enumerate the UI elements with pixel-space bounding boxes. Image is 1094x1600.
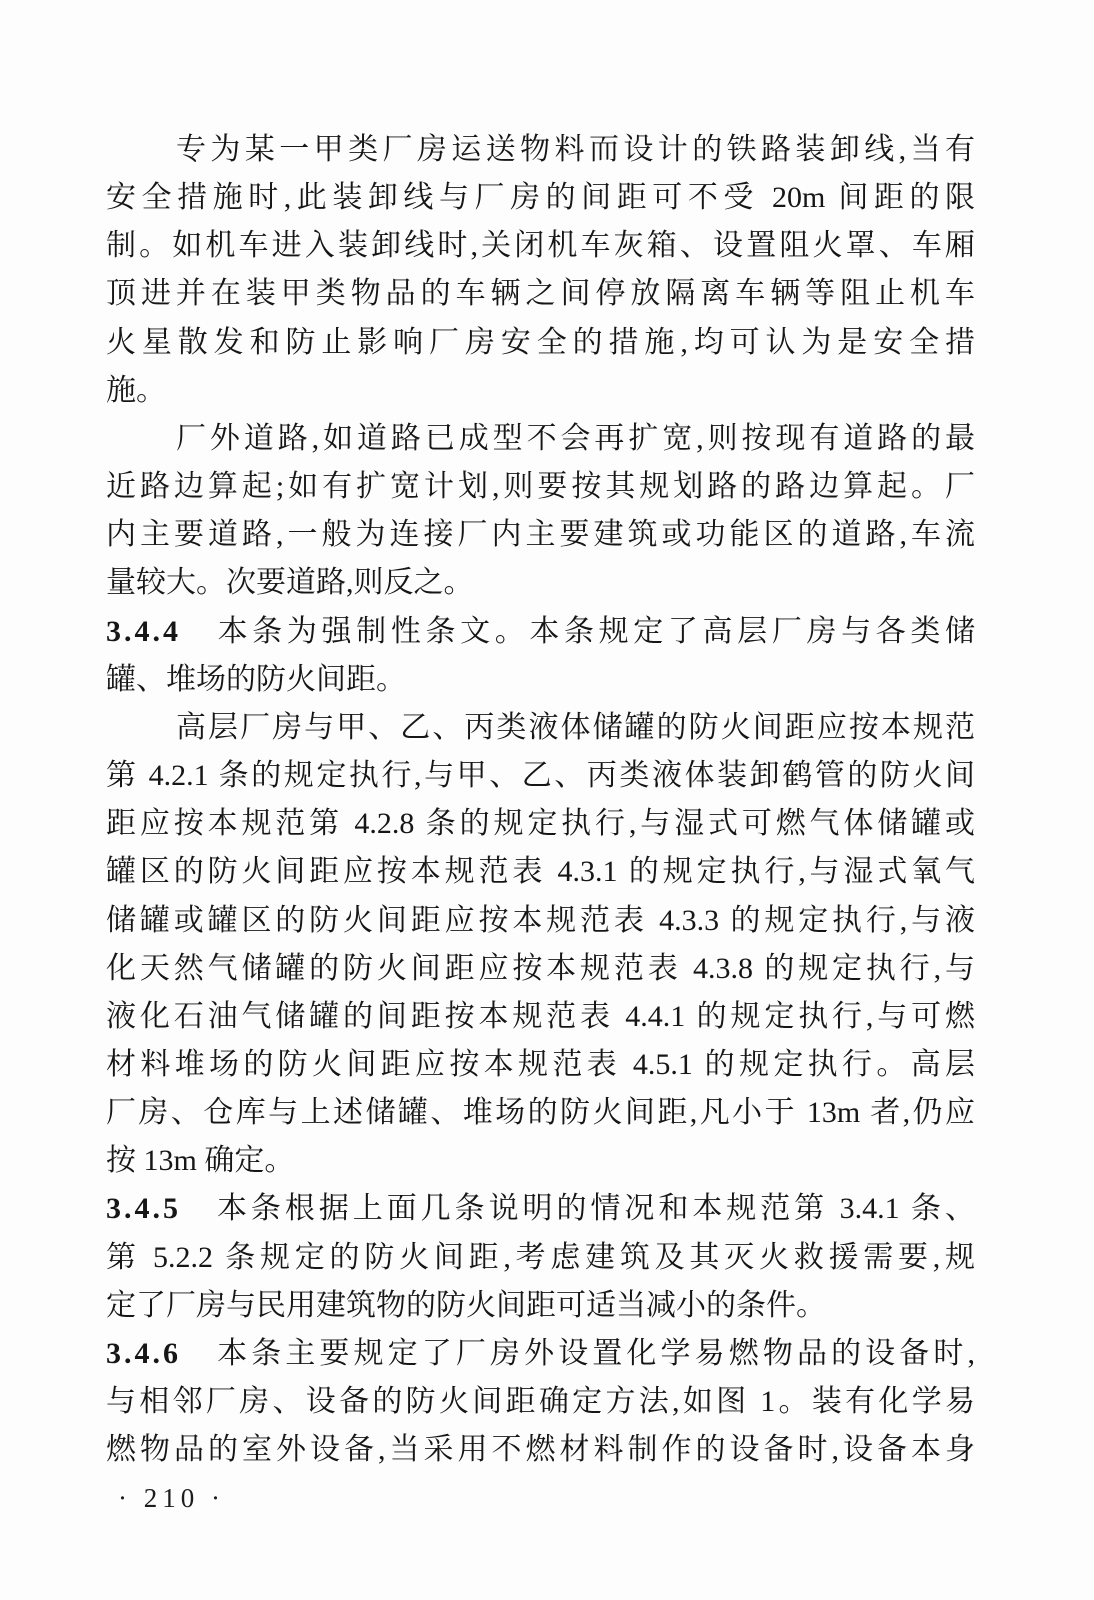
- text-line: 定了厂房与民用建筑物的防火间距可适当减小的条件。: [106, 1282, 975, 1330]
- text-line: 顶进并在装甲类物品的车辆之间停放隔离车辆等阻止机车: [106, 270, 975, 318]
- text-line: 施。: [106, 367, 975, 415]
- section-line: 3.4.6本条主要规定了厂房外设置化学易燃物品的设备时,: [106, 1330, 975, 1378]
- text-line: 第 5.2.2 条规定的防火间距,考虑建筑及其灭火救援需要,规: [106, 1234, 975, 1282]
- text-line: 燃物品的室外设备,当采用不燃材料制作的设备时,设备本身: [106, 1426, 975, 1474]
- text-line: 厂外道路,如道路已成型不会再扩宽,则按现有道路的最: [106, 415, 975, 463]
- text-line: 材料堆场的防火间距应按本规范表 4.5.1 的规定执行。高层: [106, 1041, 975, 1089]
- text-line: 液化石油气储罐的间距按本规范表 4.4.1 的规定执行,与可燃: [106, 993, 975, 1041]
- text-line: 专为某一甲类厂房运送物料而设计的铁路装卸线,当有: [106, 126, 975, 174]
- body-text: 专为某一甲类厂房运送物料而设计的铁路装卸线,当有安全措施时,此装卸线与厂房的间距…: [106, 126, 975, 1474]
- section-line: 3.4.5本条根据上面几条说明的情况和本规范第 3.4.1 条、: [106, 1185, 975, 1233]
- text-line: 量较大。次要道路,则反之。: [106, 559, 975, 607]
- text-line: 第 4.2.1 条的规定执行,与甲、乙、丙类液体装卸鹤管的防火间: [106, 752, 975, 800]
- section-number: 3.4.6: [106, 1337, 181, 1370]
- text-line: 罐、堆场的防火间距。: [106, 656, 975, 704]
- text-line: 火星散发和防止影响厂房安全的措施,均可认为是安全措: [106, 319, 975, 367]
- text-line: 距应按本规范第 4.2.8 条的规定执行,与湿式可燃气体储罐或: [106, 800, 975, 848]
- text-line: 近路边算起;如有扩宽计划,则要按其规划路的路边算起。厂: [106, 463, 975, 511]
- text-line: 安全措施时,此装卸线与厂房的间距可不受 20m 间距的限: [106, 174, 975, 222]
- document-page: 专为某一甲类厂房运送物料而设计的铁路装卸线,当有安全措施时,此装卸线与厂房的间距…: [0, 0, 1094, 1600]
- text-line: 储罐或罐区的防火间距应按本规范表 4.3.3 的规定执行,与液: [106, 897, 975, 945]
- section-line: 3.4.4本条为强制性条文。本条规定了高层厂房与各类储: [106, 608, 975, 656]
- section-number: 3.4.5: [106, 1192, 181, 1225]
- page-number: · 210 ·: [118, 1482, 225, 1514]
- text-line: 厂房、仓库与上述储罐、堆场的防火间距,凡小于 13m 者,仍应: [106, 1089, 975, 1137]
- text-line: 内主要道路,一般为连接厂内主要建筑或功能区的道路,车流: [106, 511, 975, 559]
- text-line: 化天然气储罐的防火间距应按本规范表 4.3.8 的规定执行,与: [106, 945, 975, 993]
- text-line: 罐区的防火间距应按本规范表 4.3.1 的规定执行,与湿式氧气: [106, 848, 975, 896]
- section-number: 3.4.4: [106, 615, 181, 648]
- text-line: 按 13m 确定。: [106, 1137, 975, 1185]
- text-line: 制。如机车进入装卸线时,关闭机车灰箱、设置阻火罩、车厢: [106, 222, 975, 270]
- text-line: 与相邻厂房、设备的防火间距确定方法,如图 1。装有化学易: [106, 1378, 975, 1426]
- text-line: 高层厂房与甲、乙、丙类液体储罐的防火间距应按本规范: [106, 704, 975, 752]
